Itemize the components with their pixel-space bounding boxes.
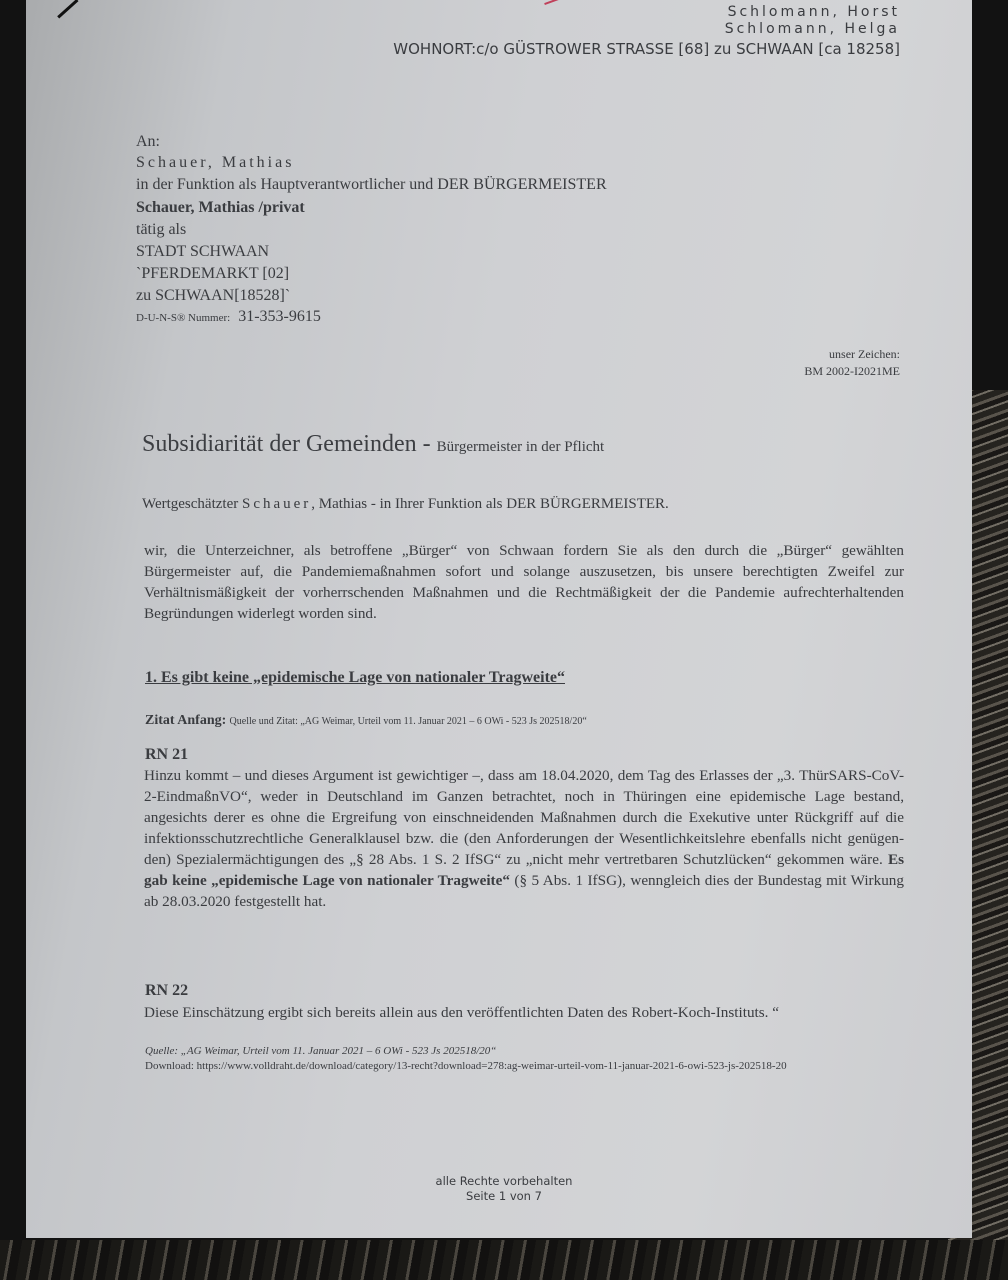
subject-line: Subsidiarität der Gemeinden - Bürgermeis…	[142, 431, 604, 458]
rn21-label: RN 21	[145, 746, 188, 764]
recipient-function: in der Funktion als Hauptverantwortliche…	[136, 174, 607, 196]
recipient-acting-as: tätig als	[136, 219, 186, 241]
rn22-download: Download: https://www.volldraht.de/downl…	[145, 1059, 905, 1073]
quote-start-label: Zitat Anfang:	[145, 713, 226, 728]
greeting-name: Schauer	[242, 496, 311, 512]
recipient-organization: STADT SCHWAAN	[136, 241, 269, 263]
sender-name-2: Schlomann, Helga	[725, 20, 900, 39]
greeting: Wertgeschätzter Schauer, Mathias - in Ih…	[142, 496, 669, 513]
pen-stroke-mark	[57, 0, 78, 19]
subject-title: Subsidiarität der Gemeinden	[142, 431, 417, 457]
recipient-city: zu SCHWAAN[18528]`	[136, 285, 290, 307]
recipient-duns: D-U-N-S® Nummer: 31-353-9615	[136, 306, 321, 329]
recipient-name: Schauer, Mathias	[136, 152, 294, 174]
subject-subtitle: Bürgermeister in der Pflicht	[437, 439, 605, 455]
background-floor	[0, 1240, 1008, 1280]
rn22-paragraph: Diese Einschätzung ergibt sich bereits a…	[144, 1002, 904, 1023]
duns-label: D-U-N-S® Nummer:	[136, 312, 230, 324]
intro-paragraph: wir, die Unterzeichner, als betroffene „…	[144, 540, 904, 624]
quote-source: Quelle und Zitat: „AG Weimar, Urteil vom…	[230, 716, 587, 727]
rn21-paragraph: Hinzu kommt – und dieses Argument ist ge…	[144, 765, 904, 912]
quote-start: Zitat Anfang: Quelle und Zitat: „AG Weim…	[145, 712, 587, 729]
footer-rights: alle Rechte vorbehalten	[0, 1174, 1008, 1189]
sender-surname: Schlomann, Helga	[725, 21, 900, 37]
reference-value: BM 2002-I2021ME	[804, 363, 900, 380]
sender-surname: Schlomann, Horst	[728, 4, 900, 20]
red-ink-mark	[544, 0, 562, 5]
recipient-street: `PFERDEMARKT [02]	[136, 263, 289, 285]
download-link[interactable]: https://www.volldraht.de/download/catego…	[194, 1060, 787, 1072]
recipient-private: Schauer, Mathias /privat	[136, 197, 305, 219]
footer-page-number: Seite 1 von 7	[0, 1189, 1008, 1204]
rn22-label: RN 22	[145, 982, 188, 1000]
section-heading: 1. Es gibt keine „epidemische Lage von n…	[145, 669, 565, 687]
rn22-source: Quelle: „AG Weimar, Urteil vom 11. Janua…	[145, 1044, 905, 1058]
duns-number: 31-353-9615	[238, 308, 321, 325]
recipient-label: An:	[136, 131, 160, 153]
sender-residence: WOHNORT:c/o GÜSTROWER STRASSE [68] zu SC…	[393, 40, 900, 58]
reference-label: unser Zeichen:	[829, 346, 900, 363]
